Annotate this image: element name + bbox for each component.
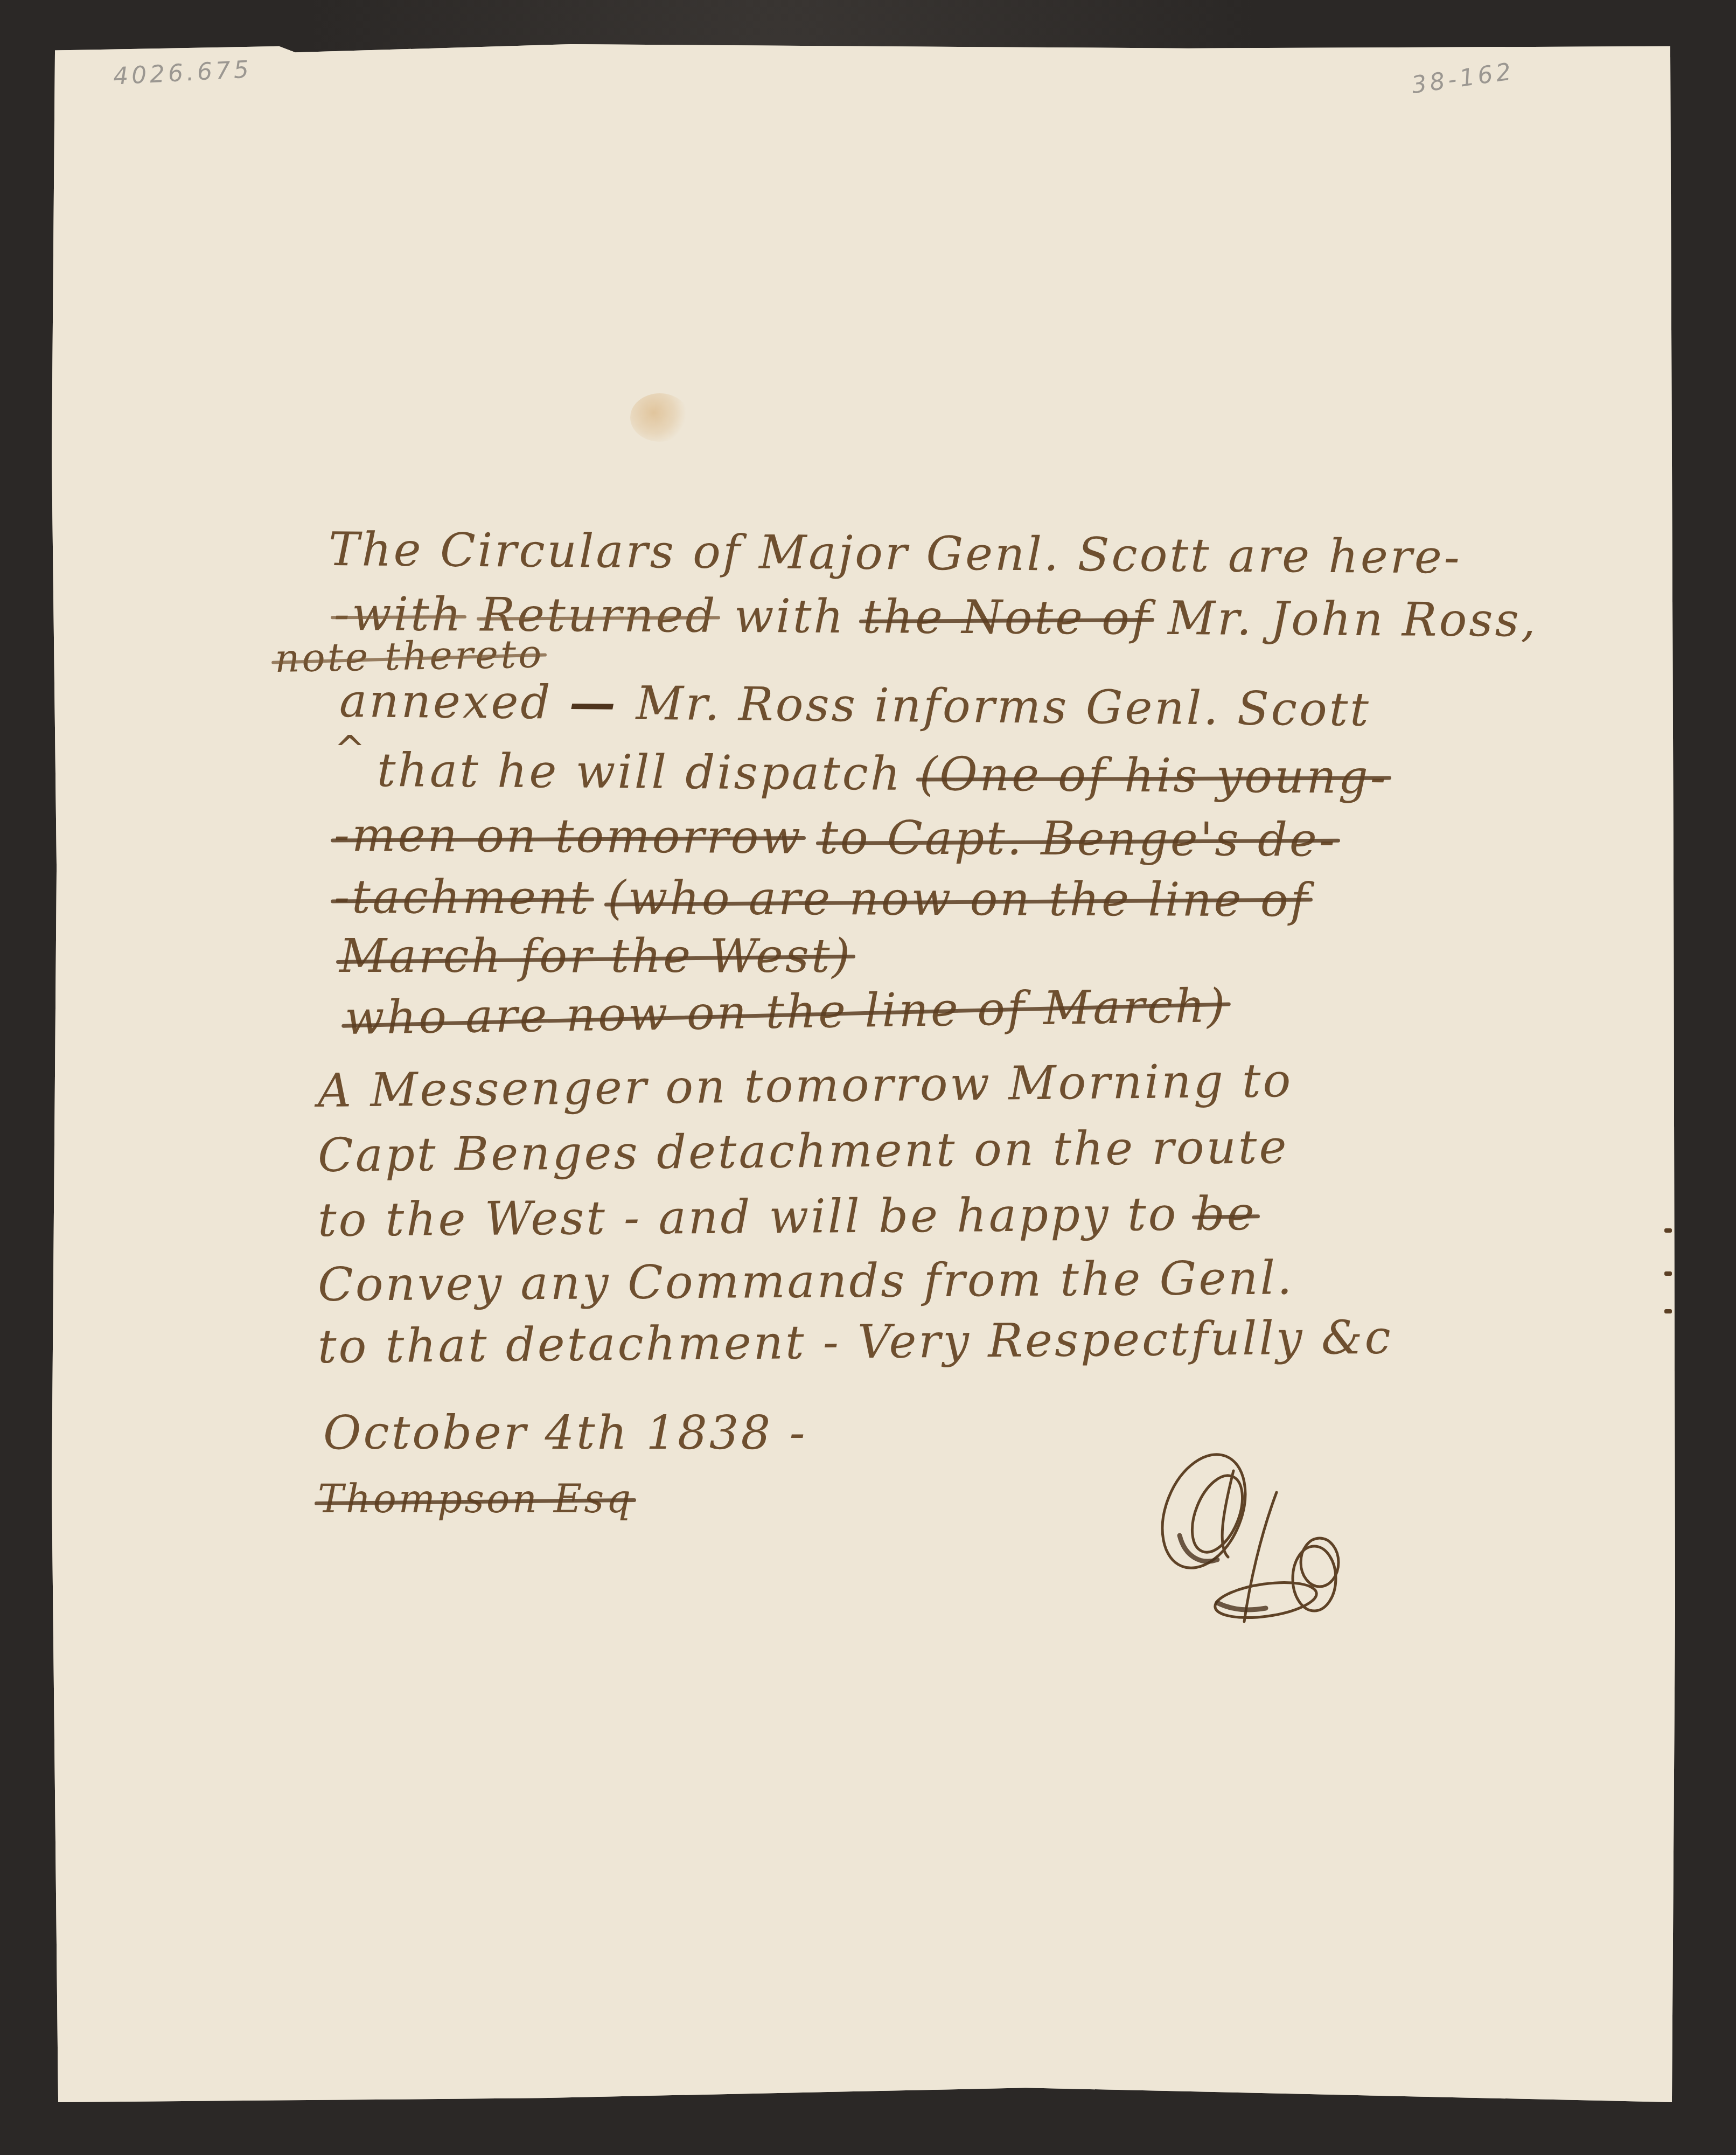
struck-text: -men on tomorrow xyxy=(334,808,803,865)
letter-line-13: Convey any Commands from the Genl. xyxy=(318,1251,1294,1312)
letter-line-14: to that detachment - Very Respectfully &… xyxy=(318,1311,1393,1374)
struck-text: Thompson Esq xyxy=(318,1476,633,1521)
struck-text: (One of his young- xyxy=(919,747,1388,804)
struck-addressee: Thompson Esq xyxy=(318,1476,633,1521)
struck-text: March for the West) xyxy=(339,929,852,983)
struck-text: be xyxy=(1195,1187,1257,1241)
letter-line-11: Capt Benges detachment on the route xyxy=(318,1120,1289,1183)
line-text: with xyxy=(734,589,846,644)
date-text: October 4th 1838 - xyxy=(323,1406,807,1460)
struck-text: the Note of xyxy=(862,590,1151,645)
line-text: Convey any Commands from the Genl. xyxy=(318,1251,1294,1312)
letter-line-8: March for the West) xyxy=(339,929,852,983)
struck-text: note thereto xyxy=(274,631,544,681)
letter-line-7: -tachment (who are now on the line of xyxy=(334,870,1310,927)
letter-line-5: that he will dispatch (One of his young- xyxy=(377,743,1389,804)
line-text: Mr. Ross informs Genl. Scott xyxy=(636,677,1371,737)
line-text: The Circulars of Major Genl. Scott are h… xyxy=(329,523,1462,585)
edge-ink-marks xyxy=(1664,1228,1681,1336)
letter-line-1: The Circulars of Major Genl. Scott are h… xyxy=(329,523,1462,585)
line-text: Capt Benges detachment on the route xyxy=(318,1120,1289,1183)
line-text: to the West - and will be happy to xyxy=(318,1187,1179,1247)
caret-insert-mark: ^ xyxy=(334,727,366,771)
line-text: that he will dispatch xyxy=(377,743,903,801)
line-text: A Messenger on tomorrow Morning to xyxy=(317,1054,1293,1118)
letter-line-9: who are now on the line of March) xyxy=(344,979,1228,1045)
struck-text: who are now on the line of March) xyxy=(344,979,1228,1045)
letter-line-3-insertion: note thereto xyxy=(274,631,544,681)
signature: Jno Ross xyxy=(1142,1449,1390,1627)
letter-line-12: to the West - and will be happy to be xyxy=(318,1187,1257,1247)
line-text: annexed xyxy=(339,674,553,729)
struck-text: (who are now on the line of xyxy=(608,871,1310,928)
letter-body: The Circulars of Major Genl. Scott are h… xyxy=(0,0,1736,2155)
line-text: Mr. John Ross, xyxy=(1168,592,1538,648)
line-text: to that detachment - Very Respectfully &… xyxy=(318,1311,1393,1374)
letter-line-4: annexed — Mr. Ross informs Genl. Scott xyxy=(339,673,1371,737)
letter-date: October 4th 1838 - xyxy=(323,1406,807,1460)
struck-text: to Capt. Benge's de- xyxy=(819,811,1337,867)
struck-text: -tachment xyxy=(334,870,591,925)
dash-mark: — xyxy=(569,676,636,731)
letter-line-6: -men on tomorrow to Capt. Benge's de- xyxy=(334,808,1337,867)
letter-line-10: A Messenger on tomorrow Morning to xyxy=(317,1054,1293,1118)
